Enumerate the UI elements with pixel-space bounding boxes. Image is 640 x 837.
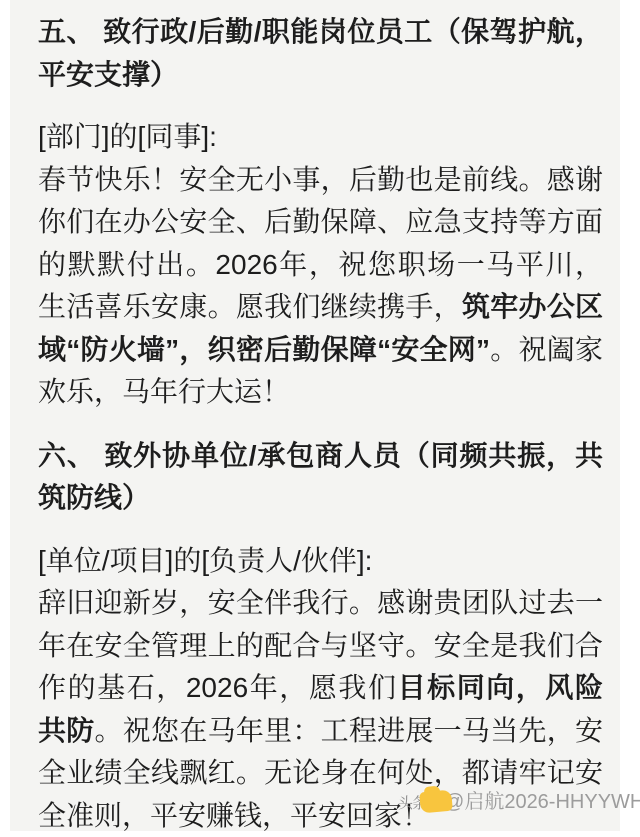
section-paragraph: 春节快乐！安全无小事，后勤也是前线。感谢你们在办公安全、后勤保障、应急支持等方面… [38,159,603,414]
section-heading: 六、 致外协单位/承包商人员（同频共振，共筑防线） [38,435,603,520]
salutation: [部门]的[同事]: [38,116,603,159]
letter-section-admin: 五、 致行政/后勤/职能岗位员工（保驾护航，平安支撑） [部门]的[同事]: 春… [38,11,603,414]
section-heading: 五、 致行政/后勤/职能岗位员工（保驾护航，平安支撑） [38,11,603,96]
watermark: 头条 @启航2026-HHYYWH [398,788,640,816]
watermark-handle: @启航2026-HHYYWH [444,788,640,816]
letter-section-contractors: 六、 致外协单位/承包商人员（同频共振，共筑防线） [单位/项目]的[负责人/伙… [38,435,603,832]
article-page: 五、 致行政/后勤/职能岗位员工（保驾护航，平安支撑） [部门]的[同事]: 春… [10,0,620,831]
toutiao-hand-logo-icon [419,790,453,814]
salutation: [单位/项目]的[负责人/伙伴]: [38,540,603,583]
